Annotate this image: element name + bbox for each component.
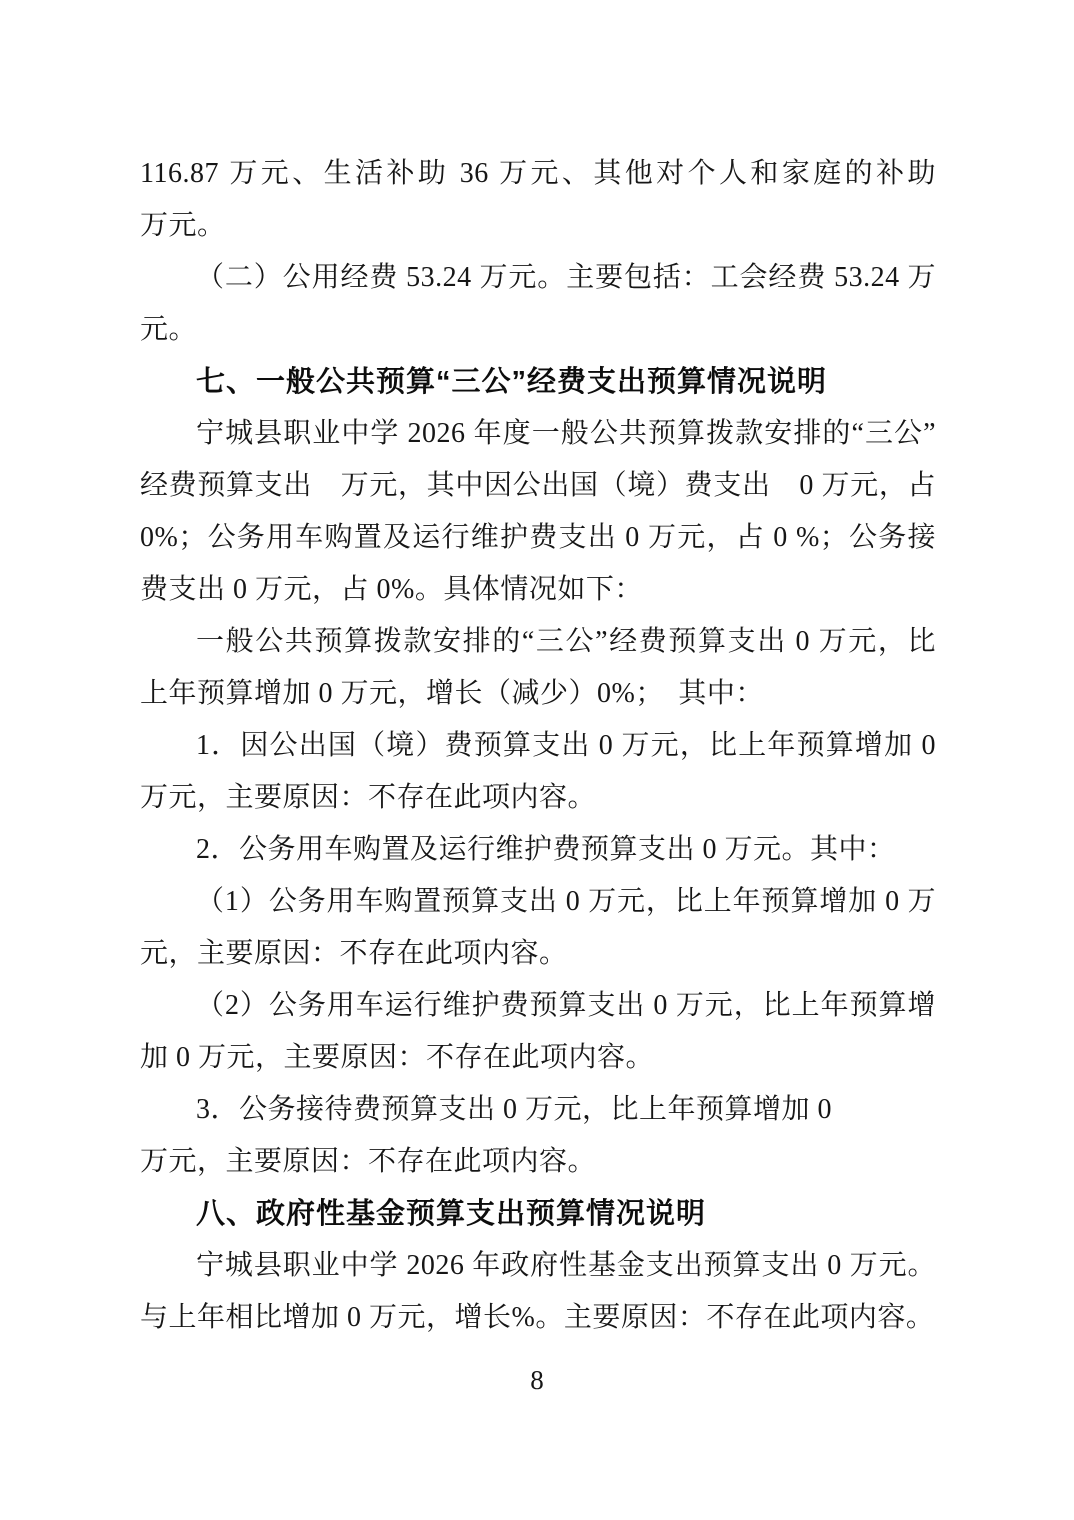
text-line: （二）公用经费 53.24 万元。主要包括：工会经费 53.24 万 — [140, 252, 936, 304]
text-line: 万元，主要原因：不存在此项内容。 — [140, 1136, 936, 1188]
text-line: 经费预算支出 万元，其中因公出国（境）费支出 0 万元，占 — [140, 460, 936, 512]
text-line: 宁城县职业中学 2026 年度一般公共预算拨款安排的“三公” — [140, 408, 936, 460]
text-line: 1．因公出国（境）费预算支出 0 万元，比上年预算增加 0 — [140, 720, 936, 772]
page-content: 116.87 万元、生活补助 36 万元、其他对个人和家庭的补助 15.60 万… — [140, 148, 936, 1344]
text-line: 万元，主要原因：不存在此项内容。 — [140, 772, 936, 824]
text-line: 3．公务接待费预算支出 0 万元，比上年预算增加 0 — [140, 1084, 936, 1136]
text-line: 与上年相比增加 0 万元，增长%。主要原因：不存在此项内容。 — [140, 1292, 936, 1344]
page-number: 8 — [0, 1358, 1074, 1402]
text-line: 116.87 万元、生活补助 36 万元、其他对个人和家庭的补助 15.60 — [140, 148, 936, 200]
text-line: 2．公务用车购置及运行维护费预算支出 0 万元。其中： — [140, 824, 936, 876]
text-line: 元。 — [140, 304, 936, 356]
text-line: 0%；公务用车购置及运行维护费支出 0 万元，占 0 %；公务接待 — [140, 512, 936, 564]
text-line: 万元。 — [140, 200, 936, 252]
text-line: 加 0 万元，主要原因：不存在此项内容。 — [140, 1032, 936, 1084]
section-heading-seven: 七、一般公共预算“三公”经费支出预算情况说明 — [140, 356, 936, 408]
text-line: （1）公务用车购置预算支出 0 万元，比上年预算增加 0 万 — [140, 876, 936, 928]
section-heading-eight: 八、政府性基金预算支出预算情况说明 — [140, 1188, 936, 1240]
document-page: 116.87 万元、生活补助 36 万元、其他对个人和家庭的补助 15.60 万… — [0, 0, 1074, 1520]
text-line: 宁城县职业中学 2026 年政府性基金支出预算支出 0 万元。 — [140, 1240, 936, 1292]
text-line: 上年预算增加 0 万元，增长（减少）0%； 其中： — [140, 668, 936, 720]
text-line: 元，主要原因：不存在此项内容。 — [140, 928, 936, 980]
text-line: 费支出 0 万元，占 0%。具体情况如下： — [140, 564, 936, 616]
text-line: （2）公务用车运行维护费预算支出 0 万元，比上年预算增 — [140, 980, 936, 1032]
text-line: 一般公共预算拨款安排的“三公”经费预算支出 0 万元，比 — [140, 616, 936, 668]
